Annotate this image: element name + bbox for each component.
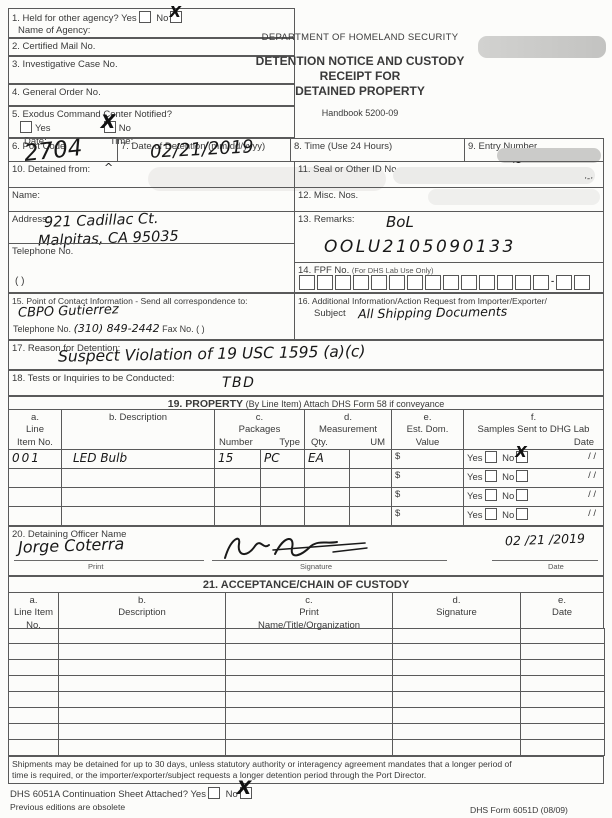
custody-cell (59, 692, 226, 708)
checkbox-yes (20, 121, 32, 133)
property-cell-qty (305, 507, 350, 526)
field-8-time: 8. Time (Use 24 Hours) (290, 138, 465, 162)
custody-cell (521, 628, 605, 644)
date-slashes: / / (588, 489, 596, 500)
custody-cell (226, 724, 393, 740)
col-a-letter: a. (12, 412, 58, 424)
redaction-blob (393, 167, 595, 184)
fpf-box (461, 275, 477, 290)
continuation-sheet-question: DHS 6051A Continuation Sheet Attached? Y… (10, 787, 255, 800)
custody-cell (521, 740, 605, 756)
fpf-box (389, 275, 405, 290)
custody-cell (521, 676, 605, 692)
fpf-box (515, 275, 531, 290)
col-d-measurement: Measurement (308, 424, 388, 436)
property-col-b-header: b. Description (61, 409, 215, 450)
field-4-label: 4. General Order No. (12, 87, 101, 98)
property-cell-type (261, 488, 305, 507)
custody-cell (521, 724, 605, 740)
fpf-box-row: - (299, 275, 592, 290)
property-table-body: 001 LED Bulb 15 PC EA $ Yes NoX / / $ Ye… (8, 450, 604, 526)
dollar-sign: $ (395, 451, 400, 462)
col-f-date: Date (467, 437, 600, 449)
fpf-box (407, 275, 423, 290)
fpf-dash: - (551, 276, 554, 288)
yes-label: Yes (467, 472, 483, 483)
field-2-label: 2. Certified Mail No. (12, 41, 95, 52)
checkbox-no: X (104, 121, 116, 133)
name-label: Name: (12, 190, 40, 201)
date-slashes: / / (588, 451, 596, 462)
handwritten-officer-date: 02 /21 /2019 (505, 531, 585, 549)
col-c-number: Number (219, 437, 253, 449)
property-cell-um (350, 469, 392, 488)
field-1-label: 1. Held for other agency? (12, 13, 119, 24)
property-section-title: 19. PROPERTY (By Line Item) Attach DHS F… (8, 396, 604, 410)
redaction-blob (478, 36, 606, 58)
property-cell-qty: EA (305, 450, 350, 469)
custody-cell (9, 740, 59, 756)
date-slashes: / / (588, 508, 596, 519)
signature-rule (212, 560, 447, 561)
field-8-label: 8. Time (Use 24 Hours) (294, 141, 392, 152)
custody-cell (226, 692, 393, 708)
custody-col-a-header: a. Line Item No. (8, 592, 59, 629)
col-f-letter: f. (467, 412, 600, 424)
custody-cell (521, 692, 605, 708)
property-cell-samples: Yes No / / (464, 469, 604, 488)
fpf-box (353, 275, 369, 290)
handwritten-type: PC (264, 451, 280, 465)
yes-label: Yes (35, 123, 51, 134)
field-18-label: 18. Tests or Inquiries to be Conducted: (12, 373, 174, 384)
telephone-label: Telephone No. (12, 246, 73, 257)
property-cell-samples: Yes NoX / / (464, 450, 604, 469)
custody-cell (226, 708, 393, 724)
custody-cell (521, 644, 605, 660)
field-3-label: 3. Investigative Case No. (12, 59, 118, 70)
property-cell-line (9, 488, 62, 507)
col-b-description: b. Description (65, 412, 211, 424)
telephone-label: Telephone No. (13, 324, 71, 334)
continuation-label: DHS 6051A Continuation Sheet Attached? (10, 789, 188, 800)
fpf-box (371, 275, 387, 290)
no-label: No (502, 472, 514, 483)
custody-col-e-header: e. Date (520, 592, 604, 629)
col-e-letter: e. (395, 412, 460, 424)
checkbox-no (516, 470, 528, 482)
checkbox-no (516, 489, 528, 501)
field-telephone: Telephone No. ( ) (8, 243, 295, 293)
custody-cell (9, 628, 59, 644)
date-rule (492, 560, 598, 561)
signature-label: Signature (300, 562, 332, 571)
custody-cell (59, 708, 226, 724)
property-cell-type (261, 507, 305, 526)
custody-col-c-header: c. Print Name/Title/Organization (225, 592, 393, 629)
property-col-d-header: d. Measurement Qty. UM (304, 409, 392, 450)
agency-name: DEPARTMENT OF HOMELAND SECURITY (235, 32, 485, 43)
handwritten-officer-name: Jorge Coterra (18, 534, 125, 557)
col-e-value: Value (395, 437, 460, 449)
custody-cell (393, 676, 521, 692)
handwritten-description: LED Bulb (73, 451, 127, 465)
custody-rows (8, 628, 604, 756)
yes-label: Yes (190, 789, 206, 800)
col-e-date: Date (524, 607, 600, 619)
fpf-box (443, 275, 459, 290)
dollar-sign: $ (395, 489, 400, 500)
fpf-box (497, 275, 513, 290)
col-c-letter: c. (218, 412, 301, 424)
col-f-samples: Samples Sent to DHG Lab (467, 424, 600, 436)
col-e-estdom: Est. Dom. (395, 424, 460, 436)
handwritten-line-item: 001 (12, 451, 41, 465)
custody-cell (9, 692, 59, 708)
field-10-label: 10. Detained from: (12, 164, 90, 175)
property-cell-number (215, 488, 261, 507)
custody-cell (59, 628, 226, 644)
notice-line1: Shipments may be detained for up to 30 d… (12, 759, 600, 770)
yes-label: Yes (467, 491, 483, 502)
handwritten-number: 15 (218, 451, 233, 465)
property-cell-number (215, 507, 261, 526)
custody-cell (9, 644, 59, 660)
handwritten-x-mark: X (515, 445, 527, 460)
checkbox-yes (139, 11, 151, 23)
col-a-itemno: Item No. (12, 437, 58, 449)
property-cell-description (62, 507, 215, 526)
fpf-box (335, 275, 351, 290)
property-cell-type: PC (261, 450, 305, 469)
form-title-line1: DETENTION NOTICE AND CUSTODY (235, 54, 485, 68)
no-label: No (502, 510, 514, 521)
property-cell-qty (305, 488, 350, 507)
property-cell-description: LED Bulb (62, 450, 215, 469)
property-cell-value: $ (392, 488, 464, 507)
field-12-label: 12. Misc. Nos. (298, 190, 358, 201)
signature-scribble (215, 530, 375, 564)
handwritten-x-mark: X (101, 113, 116, 132)
col-b-description: Description (62, 607, 222, 619)
property-cell-samples: Yes No / / (464, 507, 604, 526)
custody-cell (226, 740, 393, 756)
no-label: No (502, 453, 514, 464)
custody-cell (393, 724, 521, 740)
col-b-letter: b. (62, 595, 222, 607)
custody-cell (9, 724, 59, 740)
fax-label: Fax No. ( ) (162, 324, 205, 334)
form-number: DHS Form 6051D (08/09) (470, 805, 568, 815)
dollar-sign: $ (395, 508, 400, 519)
field-13-label: 13. Remarks: (298, 214, 355, 225)
custody-cell (9, 708, 59, 724)
custody-cell (393, 708, 521, 724)
handwritten-x-mark: X (237, 779, 252, 798)
property-cell-description (62, 488, 215, 507)
property-cell-line (9, 507, 62, 526)
custody-col-d-header: d. Signature (392, 592, 521, 629)
custody-section-title: 21. ACCEPTANCE/CHAIN OF CUSTODY (8, 576, 604, 593)
property-title-note: (By Line Item) Attach DHS Form 58 if con… (246, 399, 445, 409)
fpf-box (479, 275, 495, 290)
field-name: Name: (8, 187, 295, 212)
date-slashes: / / (588, 470, 596, 481)
checkbox-yes (485, 508, 497, 520)
property-cell-samples: Yes No / / (464, 488, 604, 507)
print-label: Print (88, 562, 103, 571)
col-c-packages: Packages (218, 424, 301, 436)
custody-cell (59, 676, 226, 692)
col-d-letter: d. (396, 595, 517, 607)
custody-cell (393, 644, 521, 660)
custody-cell (521, 660, 605, 676)
custody-cell (59, 740, 226, 756)
col-d-um: UM (370, 437, 385, 449)
print-rule (14, 560, 204, 561)
field-11-label: 11. Seal or Other ID No. (298, 164, 399, 175)
property-cell-description (62, 469, 215, 488)
property-cell-line (9, 469, 62, 488)
handwritten-remarks-bol: BoL (386, 213, 414, 231)
checkbox-yes (208, 787, 220, 799)
property-col-c-header: c. Packages Number Type (214, 409, 305, 450)
custody-cell (226, 628, 393, 644)
no-label: No (502, 491, 514, 502)
property-cell-value: $ (392, 469, 464, 488)
field-14-fpf-no: 14. FPF No. (For DHS Lab Use Only) - (294, 262, 604, 293)
col-d-qty: Qty. (311, 437, 328, 449)
checkbox-no: X (170, 11, 182, 23)
custody-title: 21. ACCEPTANCE/CHAIN OF CUSTODY (203, 579, 409, 591)
dollar-sign: $ (395, 470, 400, 481)
custody-cell (226, 676, 393, 692)
property-cell-type (261, 469, 305, 488)
col-a-line: Line (12, 424, 58, 436)
field-18-tests-inquiries: 18. Tests or Inquiries to be Conducted: (8, 370, 604, 396)
col-d-letter: d. (308, 412, 388, 424)
custody-cell (226, 660, 393, 676)
col-c-letter: c. (229, 595, 389, 607)
col-c-type: Type (279, 437, 300, 449)
custody-cell (393, 740, 521, 756)
detention-notice-text: Shipments may be detained for up to 30 d… (8, 756, 604, 784)
yes-label: Yes (121, 13, 137, 24)
property-col-e-header: e. Est. Dom. Value (391, 409, 464, 450)
redaction-blob (428, 189, 600, 205)
checkbox-yes (485, 489, 497, 501)
no-label: No (156, 13, 168, 24)
fpf-box (556, 275, 572, 290)
property-col-a-header: a. Line Item No. (8, 409, 62, 450)
fpf-box (425, 275, 441, 290)
col-c-print: Print (229, 607, 389, 619)
custody-cell (59, 660, 226, 676)
fpf-box (574, 275, 590, 290)
property-cell-value: $ (392, 507, 464, 526)
custody-cell (393, 692, 521, 708)
checkbox-no: X (240, 787, 252, 799)
handwritten-caret: ^ (104, 161, 113, 174)
property-cell-qty (305, 469, 350, 488)
custody-cell (521, 708, 605, 724)
scanned-form-dhs-6051d: 1. Held for other agency? Yes NoX Name o… (0, 0, 612, 818)
no-label: No (119, 123, 131, 134)
property-col-f-header: f. Samples Sent to DHG Lab Date (463, 409, 604, 450)
checkbox-no (516, 508, 528, 520)
property-cell-um (350, 507, 392, 526)
handwritten-qty: EA (308, 451, 324, 465)
custody-cell (393, 660, 521, 676)
field-14-note: (For DHS Lab Use Only) (352, 266, 434, 275)
checkbox-yes (485, 470, 497, 482)
form-title-line3: DETAINED PROPERTY (235, 84, 485, 98)
custody-cell (59, 644, 226, 660)
handwritten-additional-info: All Shipping Documents (358, 304, 507, 322)
col-a-letter: a. (12, 595, 55, 607)
handwritten-tests: TBD (222, 375, 255, 391)
checkbox-no: X (516, 451, 528, 463)
fpf-box (299, 275, 315, 290)
col-d-signature: Signature (396, 607, 517, 619)
custody-cell (226, 644, 393, 660)
col-e-letter: e. (524, 595, 600, 607)
handwritten-remnant-marks: ·-· (584, 174, 593, 184)
custody-col-b-header: b. Description (58, 592, 226, 629)
date-label: Date (548, 562, 564, 571)
field-5-label: 5. Exodus Command Center Notified? (12, 109, 172, 120)
telephone-parens: ( ) (15, 275, 24, 288)
checkbox-yes (485, 451, 497, 463)
property-cell-line: 001 (9, 450, 62, 469)
col-a-line-item: Line Item (12, 607, 55, 619)
handwritten-contact-phone: (310) 849-2442 (74, 322, 160, 335)
handbook-number: Handbook 5200-09 (235, 108, 485, 118)
fpf-box (533, 275, 549, 290)
notice-line2: time is required, or the importer/export… (12, 770, 600, 781)
form-title-line2: RECEIPT FOR (235, 69, 485, 83)
property-cell-number (215, 469, 261, 488)
yes-label: Yes (467, 453, 483, 464)
fpf-box (317, 275, 333, 290)
property-cell-number: 15 (215, 450, 261, 469)
custody-cell (9, 676, 59, 692)
yes-label: Yes (467, 510, 483, 521)
handwritten-x-mark: X (169, 5, 181, 20)
custody-cell (393, 628, 521, 644)
obsolete-note: Previous editions are obsolete (10, 802, 125, 812)
property-cell-um (350, 488, 392, 507)
custody-cell (59, 724, 226, 740)
handwritten-container-number: OOLU2105090133 (324, 237, 516, 257)
property-cell-value: $ (392, 450, 464, 469)
custody-cell (9, 660, 59, 676)
property-cell-um (350, 450, 392, 469)
